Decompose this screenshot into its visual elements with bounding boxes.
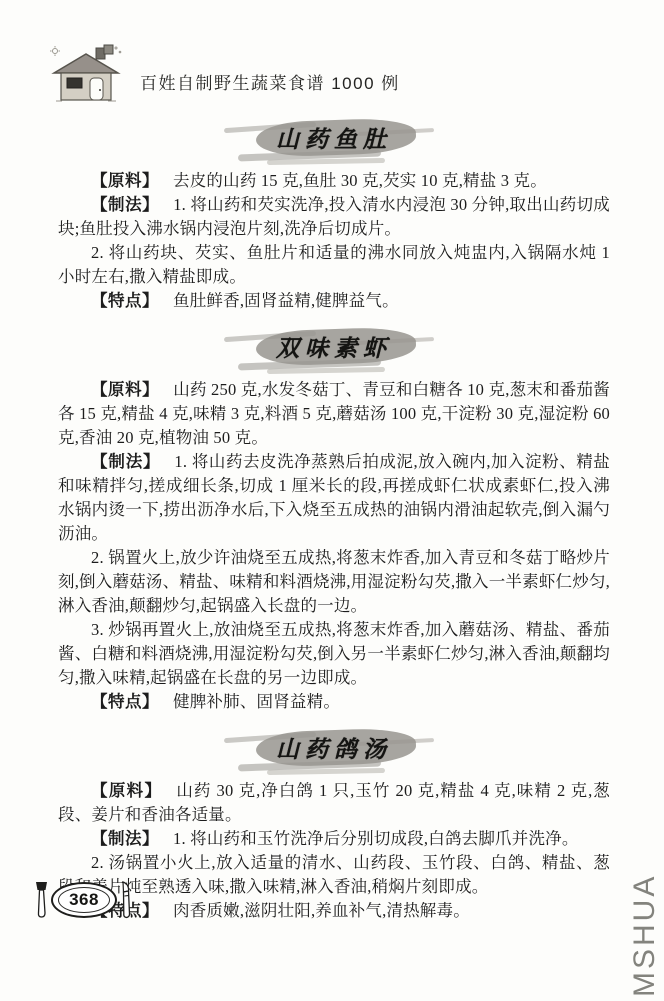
recipe-step: 2. 将山药块、芡实、鱼肚片和适量的沸水同放入炖盅内,入锅隔水炖 1 小时左右,… [58, 241, 610, 289]
recipe-paragraph: 【原料】山药 30 克,净白鸽 1 只,玉竹 20 克,精盐 4 克,味精 2 … [58, 779, 610, 827]
recipe-paragraph: 【制法】1. 将山药去皮洗净蒸熟后拍成泥,放入碗内,加入淀粉、精盐和味精拌匀,搓… [58, 450, 610, 546]
recipe-paragraph: 【制法】1. 将山药和芡实洗净,投入清水内浸泡 30 分钟,取出山药切成块;鱼肚… [58, 193, 610, 241]
recipe-step: 2. 汤锅置小火上,放入适量的清水、山药段、玉竹段、白鸽、精盐、葱段和姜片炖至熟… [58, 851, 610, 899]
recipe-paragraph: 【特点】鱼肚鲜香,固肾益精,健脾益气。 [58, 289, 610, 313]
recipe-body: 【原料】山药 250 克,水发冬菇丁、青豆和白糖各 10 克,葱末和番茄酱各 1… [58, 378, 610, 714]
page-number-plate: 368 [51, 882, 117, 918]
paragraph-label: 【制法】 [91, 830, 159, 848]
fork-icon [34, 881, 49, 919]
recipe-title: 山药鱼肚 [276, 126, 392, 152]
paragraph-label: 【特点】 [91, 292, 159, 310]
recipe-section: 山药鸽汤 【原料】山药 30 克,净白鸽 1 只,玉竹 20 克,精盐 4 克,… [58, 726, 610, 923]
house-sketch-icon [46, 44, 126, 104]
recipe-paragraph: 【原料】去皮的山药 15 克,鱼肚 30 克,芡实 10 克,精盐 3 克。 [58, 169, 610, 193]
recipe-section: 双味素虾 【原料】山药 250 克,水发冬菇丁、青豆和白糖各 10 克,葱末和番… [58, 325, 610, 714]
recipe-title: 双味素虾 [276, 335, 392, 361]
recipe-body: 【原料】山药 30 克,净白鸽 1 只,玉竹 20 克,精盐 4 克,味精 2 … [58, 779, 610, 923]
recipe-title-banner: 山药鱼肚 [58, 116, 610, 161]
paragraph-label: 【原料】 [91, 381, 159, 399]
book-page: 百姓自制野生蔬菜食谱 1000 例 山药鱼肚 【原料】去皮的山药 15 克,鱼肚… [0, 0, 664, 1001]
knife-icon [119, 881, 132, 919]
recipe-paragraph: 【原料】山药 250 克,水发冬菇丁、青豆和白糖各 10 克,葱末和番茄酱各 1… [58, 378, 610, 450]
recipe-paragraph: 【特点】肉香质嫩,滋阴壮阳,养血补气,清热解毒。 [58, 899, 610, 923]
recipe-body: 【原料】去皮的山药 15 克,鱼肚 30 克,芡实 10 克,精盐 3 克。【制… [58, 169, 610, 313]
recipe-paragraph: 【制法】1. 将山药和玉竹洗净后分别切成段,白鸽去脚爪并洗净。 [58, 827, 610, 851]
paragraph-label: 【原料】 [91, 782, 162, 800]
recipe-paragraph: 【特点】健脾补肺、固肾益精。 [58, 690, 610, 714]
paragraph-label: 【原料】 [91, 172, 159, 190]
recipe-title: 山药鸽汤 [276, 736, 392, 762]
brush-stroke [267, 367, 385, 374]
recipe-section: 山药鱼肚 【原料】去皮的山药 15 克,鱼肚 30 克,芡实 10 克,精盐 3… [58, 116, 610, 313]
paragraph-label: 【制法】 [91, 453, 160, 471]
page-footer: 368 [34, 881, 132, 919]
book-title: 百姓自制野生蔬菜食谱 1000 例 [140, 69, 400, 94]
recipe-title-banner: 双味素虾 [58, 325, 610, 370]
brush-stroke [267, 158, 385, 165]
recipe-step: 3. 炒锅再置火上,放油烧至五成热,将葱末炸香,加入蘑菇汤、精盐、番茄酱、白糖和… [58, 618, 610, 690]
recipe-step: 2. 锅置火上,放少许油烧至五成热,将葱末炸香,加入青豆和冬菇丁略炒片刻,倒入蘑… [58, 546, 610, 618]
recipe-title-banner: 山药鸽汤 [58, 726, 610, 771]
paragraph-label: 【制法】 [91, 196, 159, 214]
recipe-list: 山药鱼肚 【原料】去皮的山药 15 克,鱼肚 30 克,芡实 10 克,精盐 3… [58, 116, 610, 923]
sun-sparkle [50, 46, 60, 56]
brush-stroke [267, 768, 385, 775]
page-number: 368 [69, 890, 99, 910]
watermark: MSHUA [628, 852, 662, 997]
paragraph-label: 【特点】 [91, 693, 159, 711]
page-header: 百姓自制野生蔬菜食谱 1000 例 [46, 0, 610, 104]
